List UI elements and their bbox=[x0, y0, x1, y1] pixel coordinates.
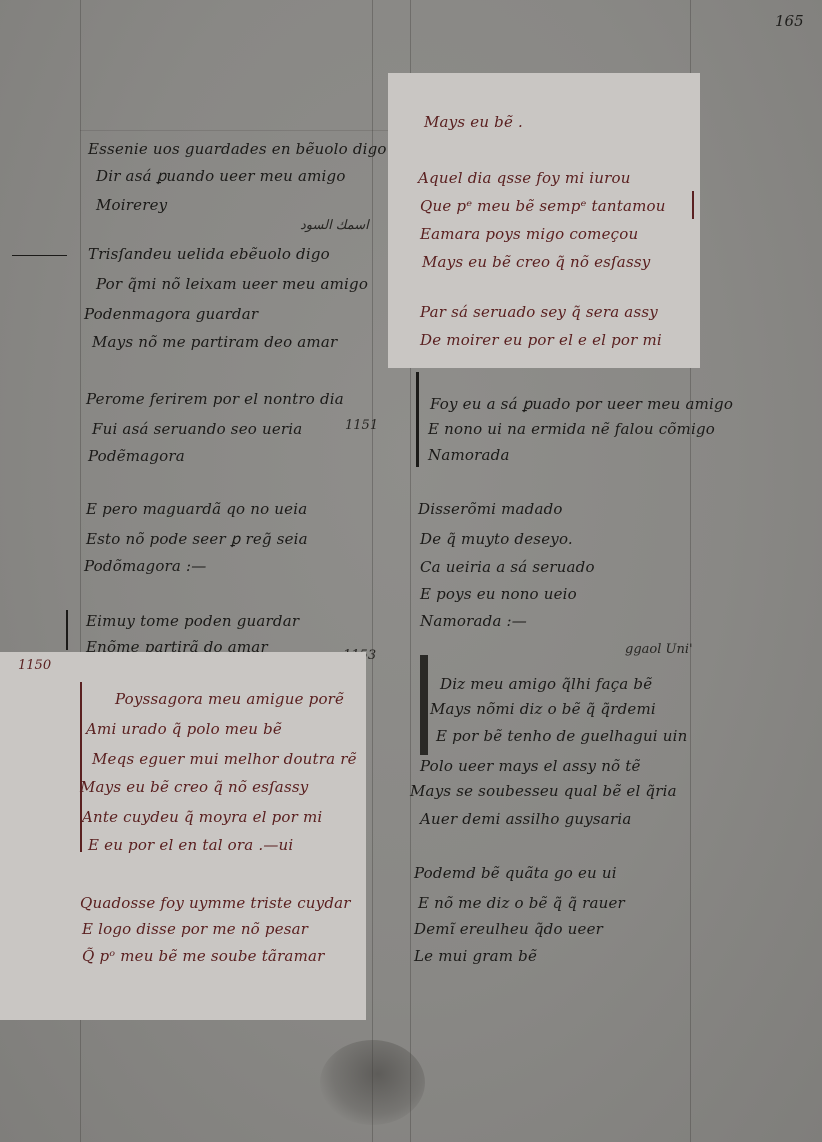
verse-line: Que pᵉ meu bẽ sempᵉ tantamou bbox=[420, 197, 666, 215]
verse-line: E por bẽ tenho de guelhagui uin bbox=[436, 727, 688, 745]
verse-line: E eu por el en tal ora .—ui bbox=[88, 836, 293, 854]
verse-line: Podõmagora :— bbox=[84, 557, 206, 575]
verse-line: Namorada bbox=[428, 446, 510, 464]
verse-line: Esto nõ pode seer ꝑ reg̃ seia bbox=[86, 530, 308, 548]
verse-line: Por q̃mi nõ leixam ueer meu amigo bbox=[96, 275, 368, 293]
margin-note-arabic: اسمك السود bbox=[300, 218, 369, 233]
margin-dash bbox=[12, 255, 67, 256]
verse-line: Podenmagora guardar bbox=[84, 305, 258, 323]
verse-line: E nõ me diz o bẽ q̃ q̃ rauer bbox=[418, 894, 625, 912]
verse-line: Eamara poys migo começou bbox=[420, 225, 638, 243]
decorated-initial-stem bbox=[416, 372, 419, 467]
verse-line: Ante cuydeu q̃ moyra el por mi bbox=[82, 808, 322, 826]
verse-line: Disserõmi madado bbox=[418, 500, 563, 518]
ink-stain bbox=[320, 1040, 425, 1125]
highlighted-region-right: Mays eu bẽ . Aquel dia qsse foy mi iurou… bbox=[388, 73, 700, 368]
verse-line: Moirerey bbox=[96, 196, 167, 214]
verse-line: Eimuy tome poden guardar bbox=[86, 612, 299, 630]
verse-line: Aquel dia qsse foy mi iurou bbox=[418, 169, 631, 187]
verse-line: Podemd bẽ quãta go eu ui bbox=[414, 864, 617, 882]
margin-number-1151: 1151 bbox=[345, 418, 378, 433]
verse-line: Diz meu amigo q̃lhi faça bẽ bbox=[440, 675, 652, 693]
verse-line: Par sá seruado sey q̃ sera assy bbox=[420, 303, 658, 321]
verse-line: Quadosse foy uymme triste cuydar bbox=[80, 894, 351, 912]
verse-line: E pero maguardã qo no ueia bbox=[86, 500, 307, 518]
verse-line: Mays eu bẽ creo q̃ nõ esſassy bbox=[422, 253, 650, 271]
verse-line: Podẽmagora bbox=[88, 447, 185, 465]
verse-line: Demĩ ereulheu q̃do ueer bbox=[414, 920, 603, 938]
verse-line: Mays eu bẽ creo q̃ nõ esſassy bbox=[80, 778, 308, 796]
margin-note-arabic: ggaol Uni' bbox=[625, 642, 693, 657]
verse-line: De moirer eu por el e el por mi bbox=[420, 331, 662, 349]
verse-line: Perome ferirem por el nontro dia bbox=[86, 390, 344, 408]
verse-line: Foy eu a sá ꝑuado por ueer meu amigo bbox=[430, 395, 733, 413]
verse-line: Essenie uos guardades en bẽuolo digo bbox=[88, 140, 387, 158]
verse-line: Meqs eguer mui melhor doutra rẽ bbox=[92, 750, 357, 768]
verse-line: E logo disse por me nõ pesar bbox=[82, 920, 308, 938]
manuscript-page: 165 Essenie uos guardades en bẽuolo digo… bbox=[0, 0, 822, 1142]
verse-line: De q̃ muyto deseyo. bbox=[420, 530, 573, 548]
folio-number: 165 bbox=[775, 12, 804, 30]
decorated-initial-stem bbox=[420, 655, 428, 755]
verse-line: Mays nõ me partiram deo amar bbox=[92, 333, 337, 351]
verse-line: E nono ui na ermida nẽ falou cõmigo bbox=[428, 420, 715, 438]
verse-line: E poys eu nono ueio bbox=[420, 585, 577, 603]
verse-line: Dir asá ꝑuando ueer meu amigo bbox=[96, 167, 346, 185]
verse-line: Polo ueer mays el assy nõ tẽ bbox=[420, 757, 641, 775]
verse-line: Le mui gram bẽ bbox=[414, 947, 537, 965]
margin-number-1150: 1150 bbox=[18, 658, 51, 673]
decorated-initial-stem bbox=[80, 682, 82, 852]
verse-line: Mays se soubesseu qual bẽ el q̃ria bbox=[410, 782, 677, 800]
verse-line: Mays nõmi diz o bẽ q̃ q̃rdemi bbox=[430, 700, 656, 718]
verse-line: Q̃ pᵒ meu bẽ me soube tãramar bbox=[82, 947, 325, 965]
verse-line: Ami urado q̃ polo meu bẽ bbox=[86, 720, 282, 738]
verse-line: Auer demi assilho guysaria bbox=[420, 810, 631, 828]
verse-line: Fui asá seruando seo ueria bbox=[92, 420, 302, 438]
verse-line: Poyssagora meu amigue porẽ bbox=[115, 690, 344, 708]
verse-line: Mays eu bẽ . bbox=[424, 113, 523, 131]
margin-bracket bbox=[66, 610, 68, 650]
verse-line: Ca ueiria a sá seruado bbox=[420, 558, 595, 576]
verse-line: Namorada :— bbox=[420, 612, 527, 630]
highlighted-region-left: 1150 Poyssagora meu amigue porẽ Ami urad… bbox=[0, 652, 366, 1020]
margin-bracket bbox=[692, 191, 694, 219]
verse-line: Trisſandeu uelida ebẽuolo digo bbox=[88, 245, 330, 263]
ruling-line-center-left bbox=[372, 0, 373, 1142]
